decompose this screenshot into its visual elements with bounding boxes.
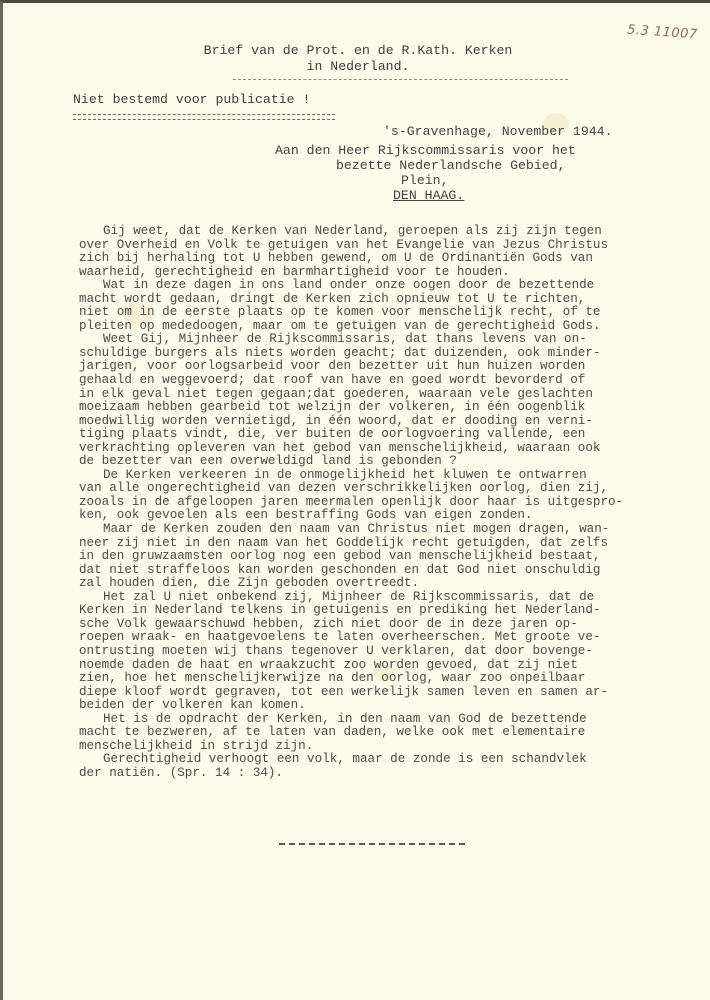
body-line: Kerken in Nederland telkens in getuigeni… [79, 604, 699, 618]
body-line: De Kerken verkeeren in de onmogelijkheid… [79, 469, 699, 483]
body-line: zien, hoe het menschelijkerwijze na den … [79, 672, 699, 686]
body-line: over Overheid en Volk te getuigen van he… [79, 239, 699, 253]
body-line: niet om in de eerste plaats op te komen … [79, 306, 699, 320]
confidential-notice: Niet bestemd voor publicatie ! [73, 92, 310, 107]
body-line: gehaald en weggevoerd; dat roof van have… [79, 374, 699, 388]
body-line: beiden der volkeren kan komen. [79, 699, 699, 713]
body-line: der natiën. (Spr. 14 : 34). [79, 767, 699, 781]
body-line: Het is de opdracht der Kerken, in den na… [79, 713, 699, 727]
body-line: zal houden dien, die Zijn geboden overtr… [79, 577, 699, 591]
title-divider [233, 79, 568, 80]
body-line: schuldige burgers als niets worden geach… [79, 347, 699, 361]
body-line: roepen wraak- en haatgevoelens te laten … [79, 631, 699, 645]
body-line: tiging plaats vindt, die, ver buiten de … [79, 428, 699, 442]
body-line: zich bij herhaling tot U hebben gewend, … [79, 252, 699, 266]
title-line-2: in Nederland. [3, 59, 710, 75]
body-line: jarigen, voor oorlogsarbeid voor den bez… [79, 360, 699, 374]
dateline: 's-Gravenhage, November 1944. [383, 124, 613, 139]
body-line: Weet Gij, Mijnheer de Rijkscommissaris, … [79, 333, 699, 347]
body-line: in den gruwzaamsten oorlog nog een gebod… [79, 550, 699, 564]
body-line: ken, ook gevoelen als een bestraffing Go… [79, 509, 699, 523]
letter-body: Gij weet, dat de Kerken van Nederland, g… [79, 225, 699, 780]
address-line-2: bezette Nederlandsche Gebied, [336, 158, 566, 173]
body-line: Gerechtigheid verhoogt een volk, maar de… [79, 753, 699, 767]
title-line-1: Brief van de Prot. en de R.Kath. Kerken [3, 43, 710, 59]
end-divider [279, 843, 465, 845]
address-city: DEN HAAG. [393, 188, 464, 203]
body-line: macht te bezweren, af te laten van daden… [79, 726, 699, 740]
body-line: sche Volk gewaarschuwd hebben, zich niet… [79, 618, 699, 632]
body-line: dat niet straffeloos kan worden geschond… [79, 564, 699, 578]
body-line: de bezetter van een overweldigd land is … [79, 455, 699, 469]
body-line: Maar de Kerken zouden den naam van Chris… [79, 523, 699, 537]
address-line-3: Plein, [401, 173, 448, 188]
archive-number: 5.3 11007 [627, 23, 699, 43]
body-line: macht wordt gedaan, dringt de Kerken zic… [79, 293, 699, 307]
body-line: van alle ongerechtigheid van dezen versc… [79, 482, 699, 496]
document-page: 5.3 11007 Brief van de Prot. en de R.Kat… [0, 0, 710, 1000]
body-line: ontrusting moeten wij thans tegenover U … [79, 645, 699, 659]
notice-underline [73, 114, 335, 120]
body-line: diepe kloof wordt gegraven, tot een werk… [79, 686, 699, 700]
body-line: Gij weet, dat de Kerken van Nederland, g… [79, 225, 699, 239]
body-line: pleiten op mededoogen, maar om te getuig… [79, 320, 699, 334]
body-line: Het zal U niet onbekend zij, Mijnheer de… [79, 591, 699, 605]
body-line: menschelijkheid in strijd zijn. [79, 740, 699, 754]
body-line: neer zij niet in den naam van het Goddel… [79, 537, 699, 551]
body-line: waarheid, gerechtigheid en barmhartighei… [79, 266, 699, 280]
address-line-1: Aan den Heer Rijkscommissaris voor het [275, 143, 576, 158]
body-line: Wat in deze dagen in ons land onder onze… [79, 279, 699, 293]
body-line: zooals in de afgeloopen jaren meermalen … [79, 496, 699, 510]
body-line: moedwillig worden vernietigd, in één woo… [79, 415, 699, 429]
body-line: noemde daden de haat en wraakzucht zoo w… [79, 659, 699, 673]
body-line: in elk geval niet tegen gegaan;dat goede… [79, 388, 699, 402]
body-line: verkrachting opleveren van het gebod van… [79, 442, 699, 456]
body-line: moeizaam hebben gearbeid tot welzijn der… [79, 401, 699, 415]
